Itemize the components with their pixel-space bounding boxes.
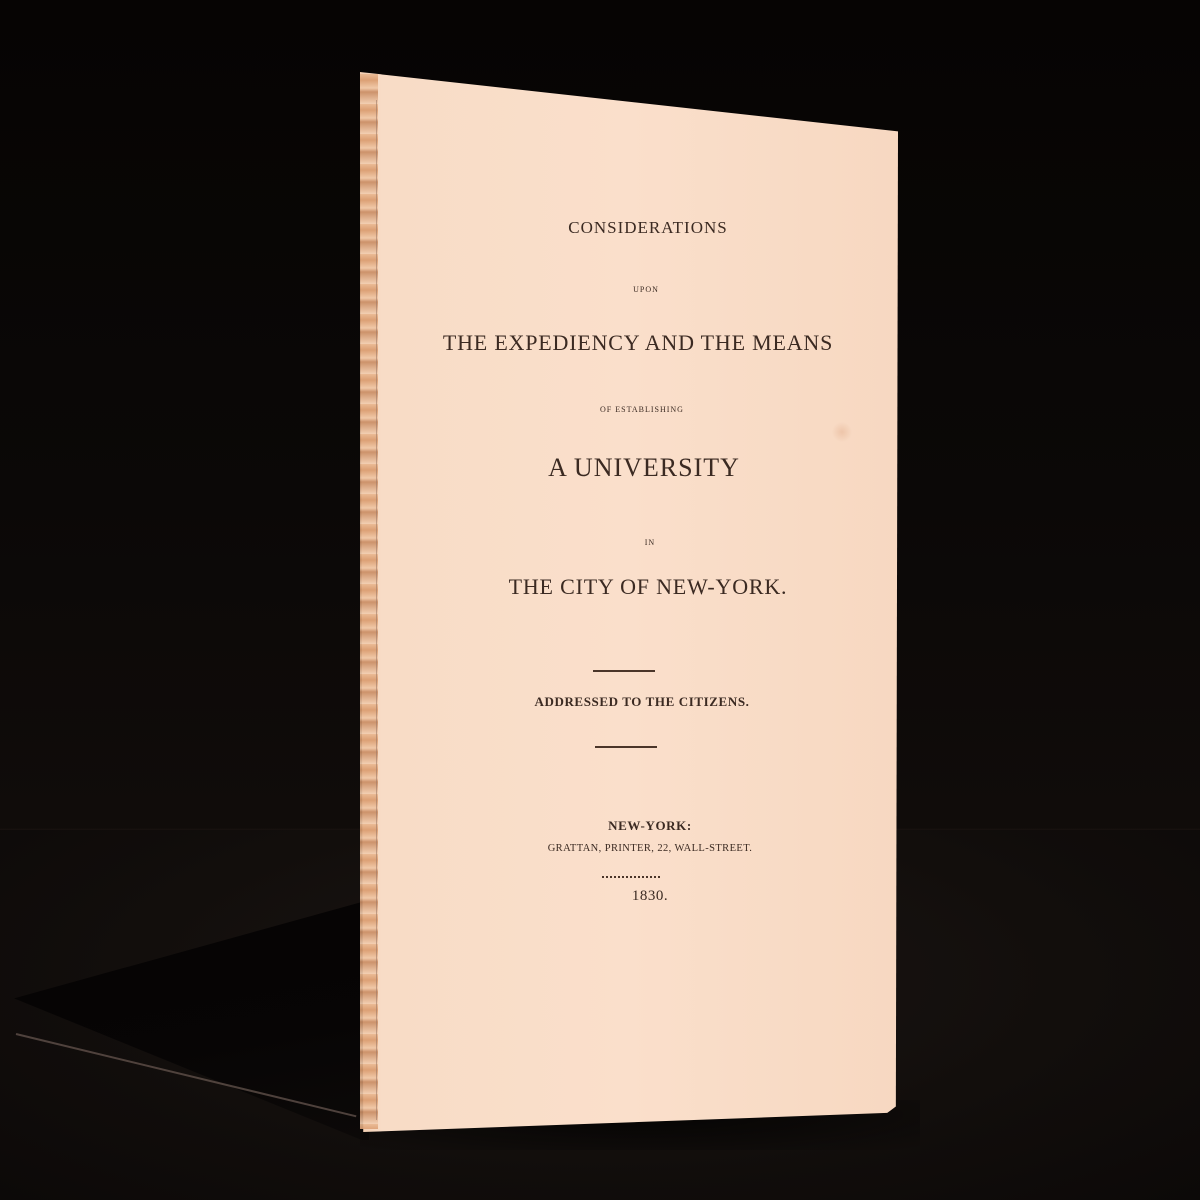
spine-thread xyxy=(376,100,377,1120)
divider-rule-bottom xyxy=(595,746,657,748)
imprint-year: 1830. xyxy=(378,888,910,905)
imprint-place: NEW-YORK: xyxy=(378,818,910,834)
title-in: IN xyxy=(378,538,910,547)
title-of-establishing: OF ESTABLISHING xyxy=(378,405,902,414)
title-university: A UNIVERSITY xyxy=(378,453,904,483)
divider-rule-top xyxy=(593,670,655,672)
imprint-printer: GRATTAN, PRINTER, 22, WALL-STREET. xyxy=(378,843,910,854)
dedication-line: ADDRESSED TO THE CITIZENS. xyxy=(378,694,902,710)
title-upon: UPON xyxy=(378,285,906,294)
title-considerations: CONSIDERATIONS xyxy=(378,218,908,238)
title-city: THE CITY OF NEW-YORK. xyxy=(378,574,908,600)
title-expediency: THE EXPEDIENCY AND THE MEANS xyxy=(378,330,898,356)
dotted-rule xyxy=(602,876,660,878)
